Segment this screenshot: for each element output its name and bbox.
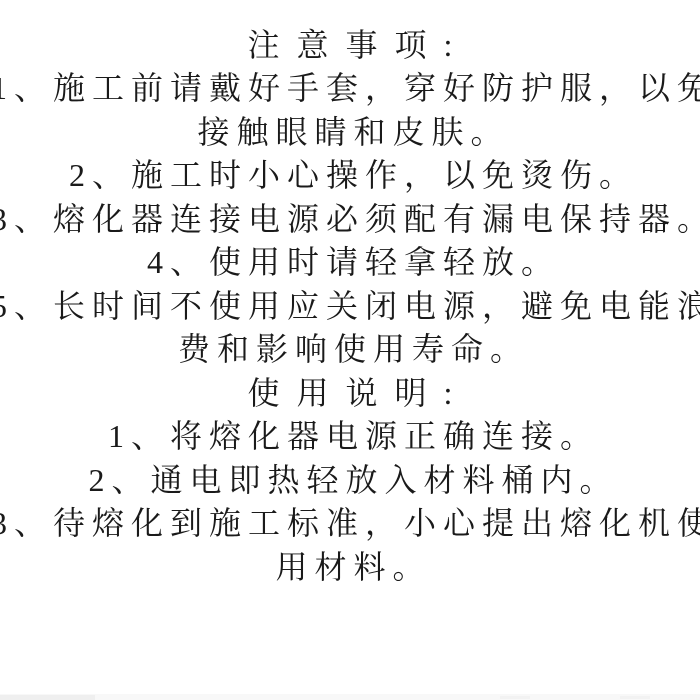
next-image-edge-patch [620, 696, 650, 699]
precaution-line: 4、使用时请轻拿轻放。 [0, 239, 700, 283]
precaution-line: 3、熔化器连接电源必须配有漏电保持器。 [0, 195, 700, 239]
precaution-line: 2、施工时小心操作，以免烫伤。 [0, 152, 700, 196]
usage-line: 1、将熔化器电源正确连接。 [0, 413, 700, 457]
usage-line: 2、通电即热轻放入材料桶内。 [0, 456, 700, 500]
usage-instructions-heading: 使用说明: [0, 369, 700, 413]
next-image-edge [0, 694, 700, 700]
precautions-heading: 注意事项: [0, 21, 700, 65]
precaution-line: 1、施工前请戴好手套，穿好防护服，以免 [0, 65, 700, 109]
precaution-line: 接触眼睛和皮肤。 [0, 108, 700, 152]
next-image-edge-patch [0, 695, 95, 700]
precaution-line: 费和影响使用寿命。 [0, 326, 700, 370]
next-image-edge-patch [500, 696, 530, 699]
precaution-line: 5、长时间不使用应关闭电源，避免电能浪 [0, 282, 700, 326]
instruction-sheet: 注意事项: 1、施工前请戴好手套，穿好防护服，以免 接触眼睛和皮肤。 2、施工时… [0, 0, 700, 587]
usage-line: 3、待熔化到施工标准，小心提出熔化机使 [0, 500, 700, 544]
usage-line: 用材料。 [0, 543, 700, 587]
